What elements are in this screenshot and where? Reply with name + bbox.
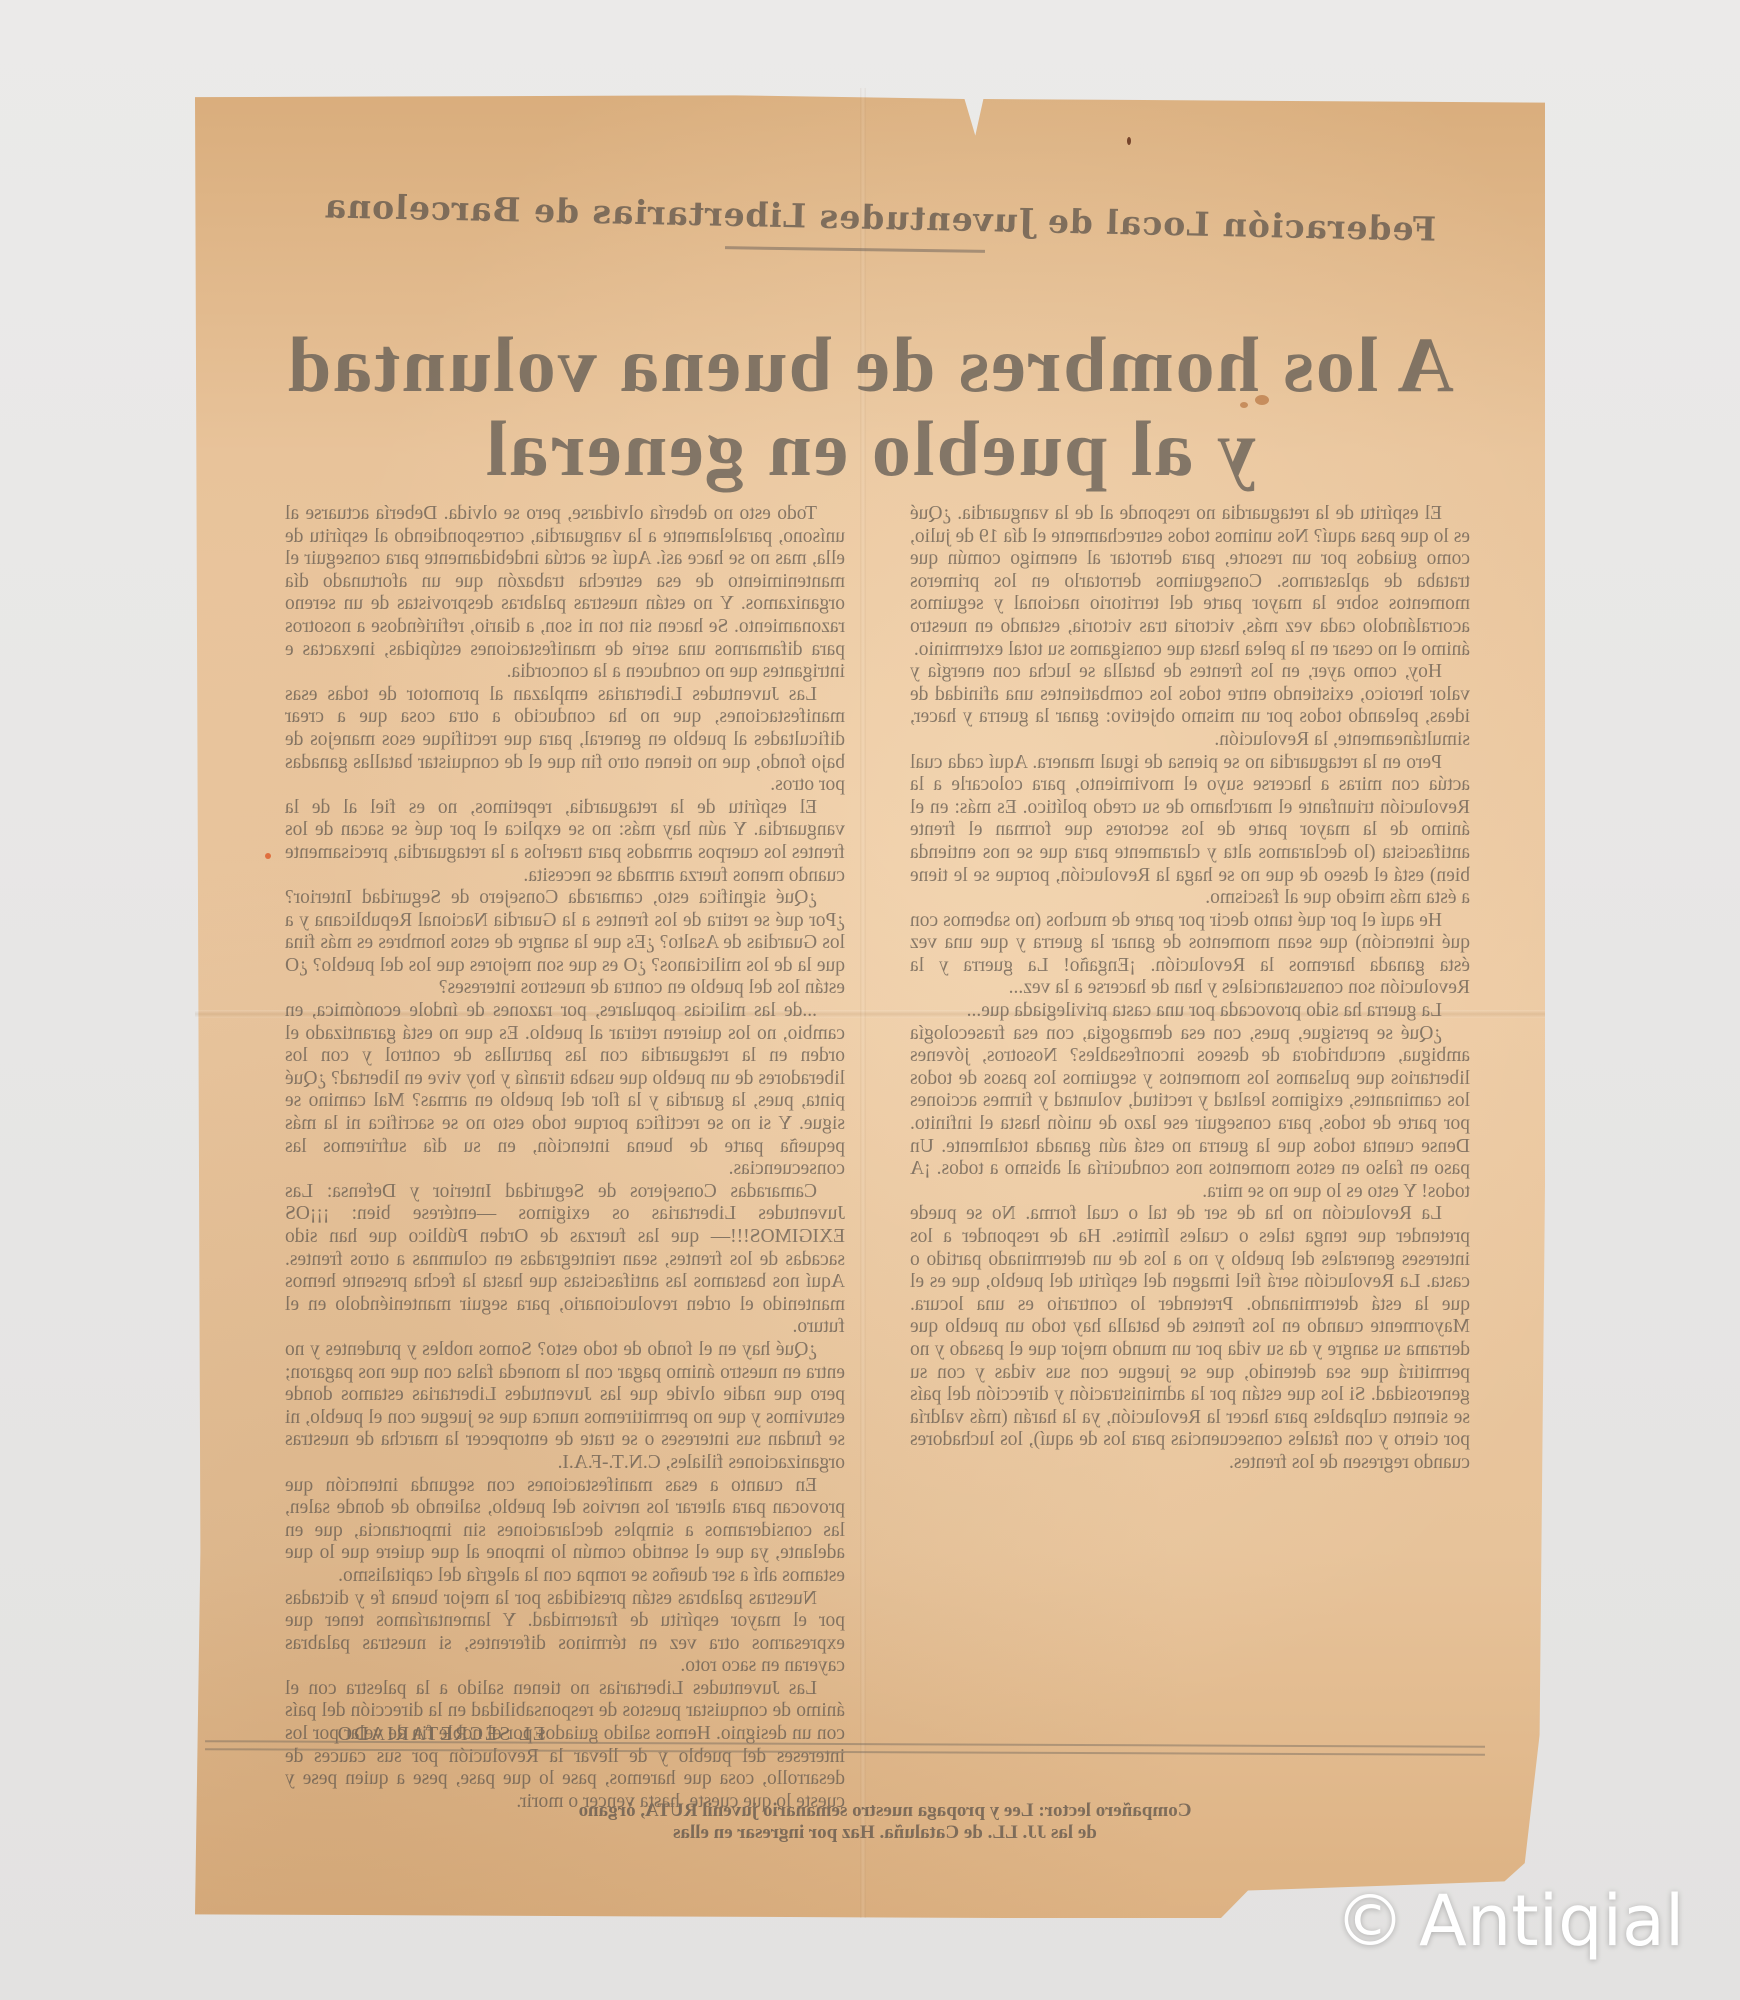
watermark-text: Antiqial — [1419, 1880, 1684, 1962]
paragraph: Camaradas Consejeros de Seguridad Interi… — [285, 1181, 845, 1339]
paragraph: La guerra ha sido provocada por una cast… — [910, 1000, 1470, 1023]
copyright-icon: © — [1335, 1880, 1405, 1962]
title-line-2: y al pueblo en general — [195, 407, 1545, 491]
footer-note: Compañero lector: Lee y propaga nuestro … — [525, 1800, 1245, 1844]
leaflet-title: A los hombres de buena voluntad y al pue… — [195, 323, 1545, 491]
paragraph: ¿Qué hay en el fondo de todo esto? Somos… — [285, 1339, 845, 1475]
mirrored-leaflet-content: Federación Local de Juventudes Libertari… — [195, 88, 1545, 1918]
rust-stain — [1127, 137, 1131, 145]
paragraph: El espíritu de la retaguardia no respond… — [910, 503, 1470, 661]
title-line-1: A los hombres de buena voluntad — [195, 323, 1545, 407]
paragraph: En cuanto a esas manifestaciones con seg… — [285, 1475, 845, 1588]
paragraph: Las Juventudes Libertarias emplazan al p… — [285, 684, 845, 797]
footer-line-2: de las JJ. LL. de Cataluña. Haz por ingr… — [525, 1822, 1245, 1844]
watermark: © Antiqial — [1335, 1880, 1684, 1962]
paragraph: Hoy, como ayer, en los frentes de batall… — [910, 661, 1470, 751]
paragraph: Pero en la retaguardia no se piensa de i… — [910, 752, 1470, 910]
rust-stain — [1240, 402, 1248, 408]
paragraph: Todo esto no debería olvidarse, pero se … — [285, 503, 845, 684]
footer-line-1: Compañero lector: Lee y propaga nuestro … — [525, 1800, 1245, 1822]
organization-heading: Federación Local de Juventudes Libertari… — [205, 184, 1556, 251]
heading-divider — [725, 246, 985, 253]
text-column-2: Todo esto no debería olvidarse, pero se … — [285, 503, 845, 1813]
paragraph: El espíritu de la retaguardia, repetimos… — [285, 797, 845, 887]
paragraph: Nuestras palabras están presididas por l… — [285, 1588, 845, 1678]
paragraph: He aquí el por qué tanto decir por parte… — [910, 910, 1470, 1000]
paragraph: ...de las milicias populares, por razone… — [285, 1000, 845, 1181]
paragraph: ¿Qué significa esto, camarada Consejero … — [285, 887, 845, 1000]
paragraph: ¿Qué se persigue, pues, con esa demagogi… — [910, 1023, 1470, 1204]
paragraph: La Revolución no ha de ser de tal o cual… — [910, 1203, 1470, 1474]
rust-stain — [265, 853, 271, 859]
rust-stain — [1255, 395, 1269, 405]
text-column-1: El espíritu de la retaguardia no respond… — [910, 503, 1470, 1475]
